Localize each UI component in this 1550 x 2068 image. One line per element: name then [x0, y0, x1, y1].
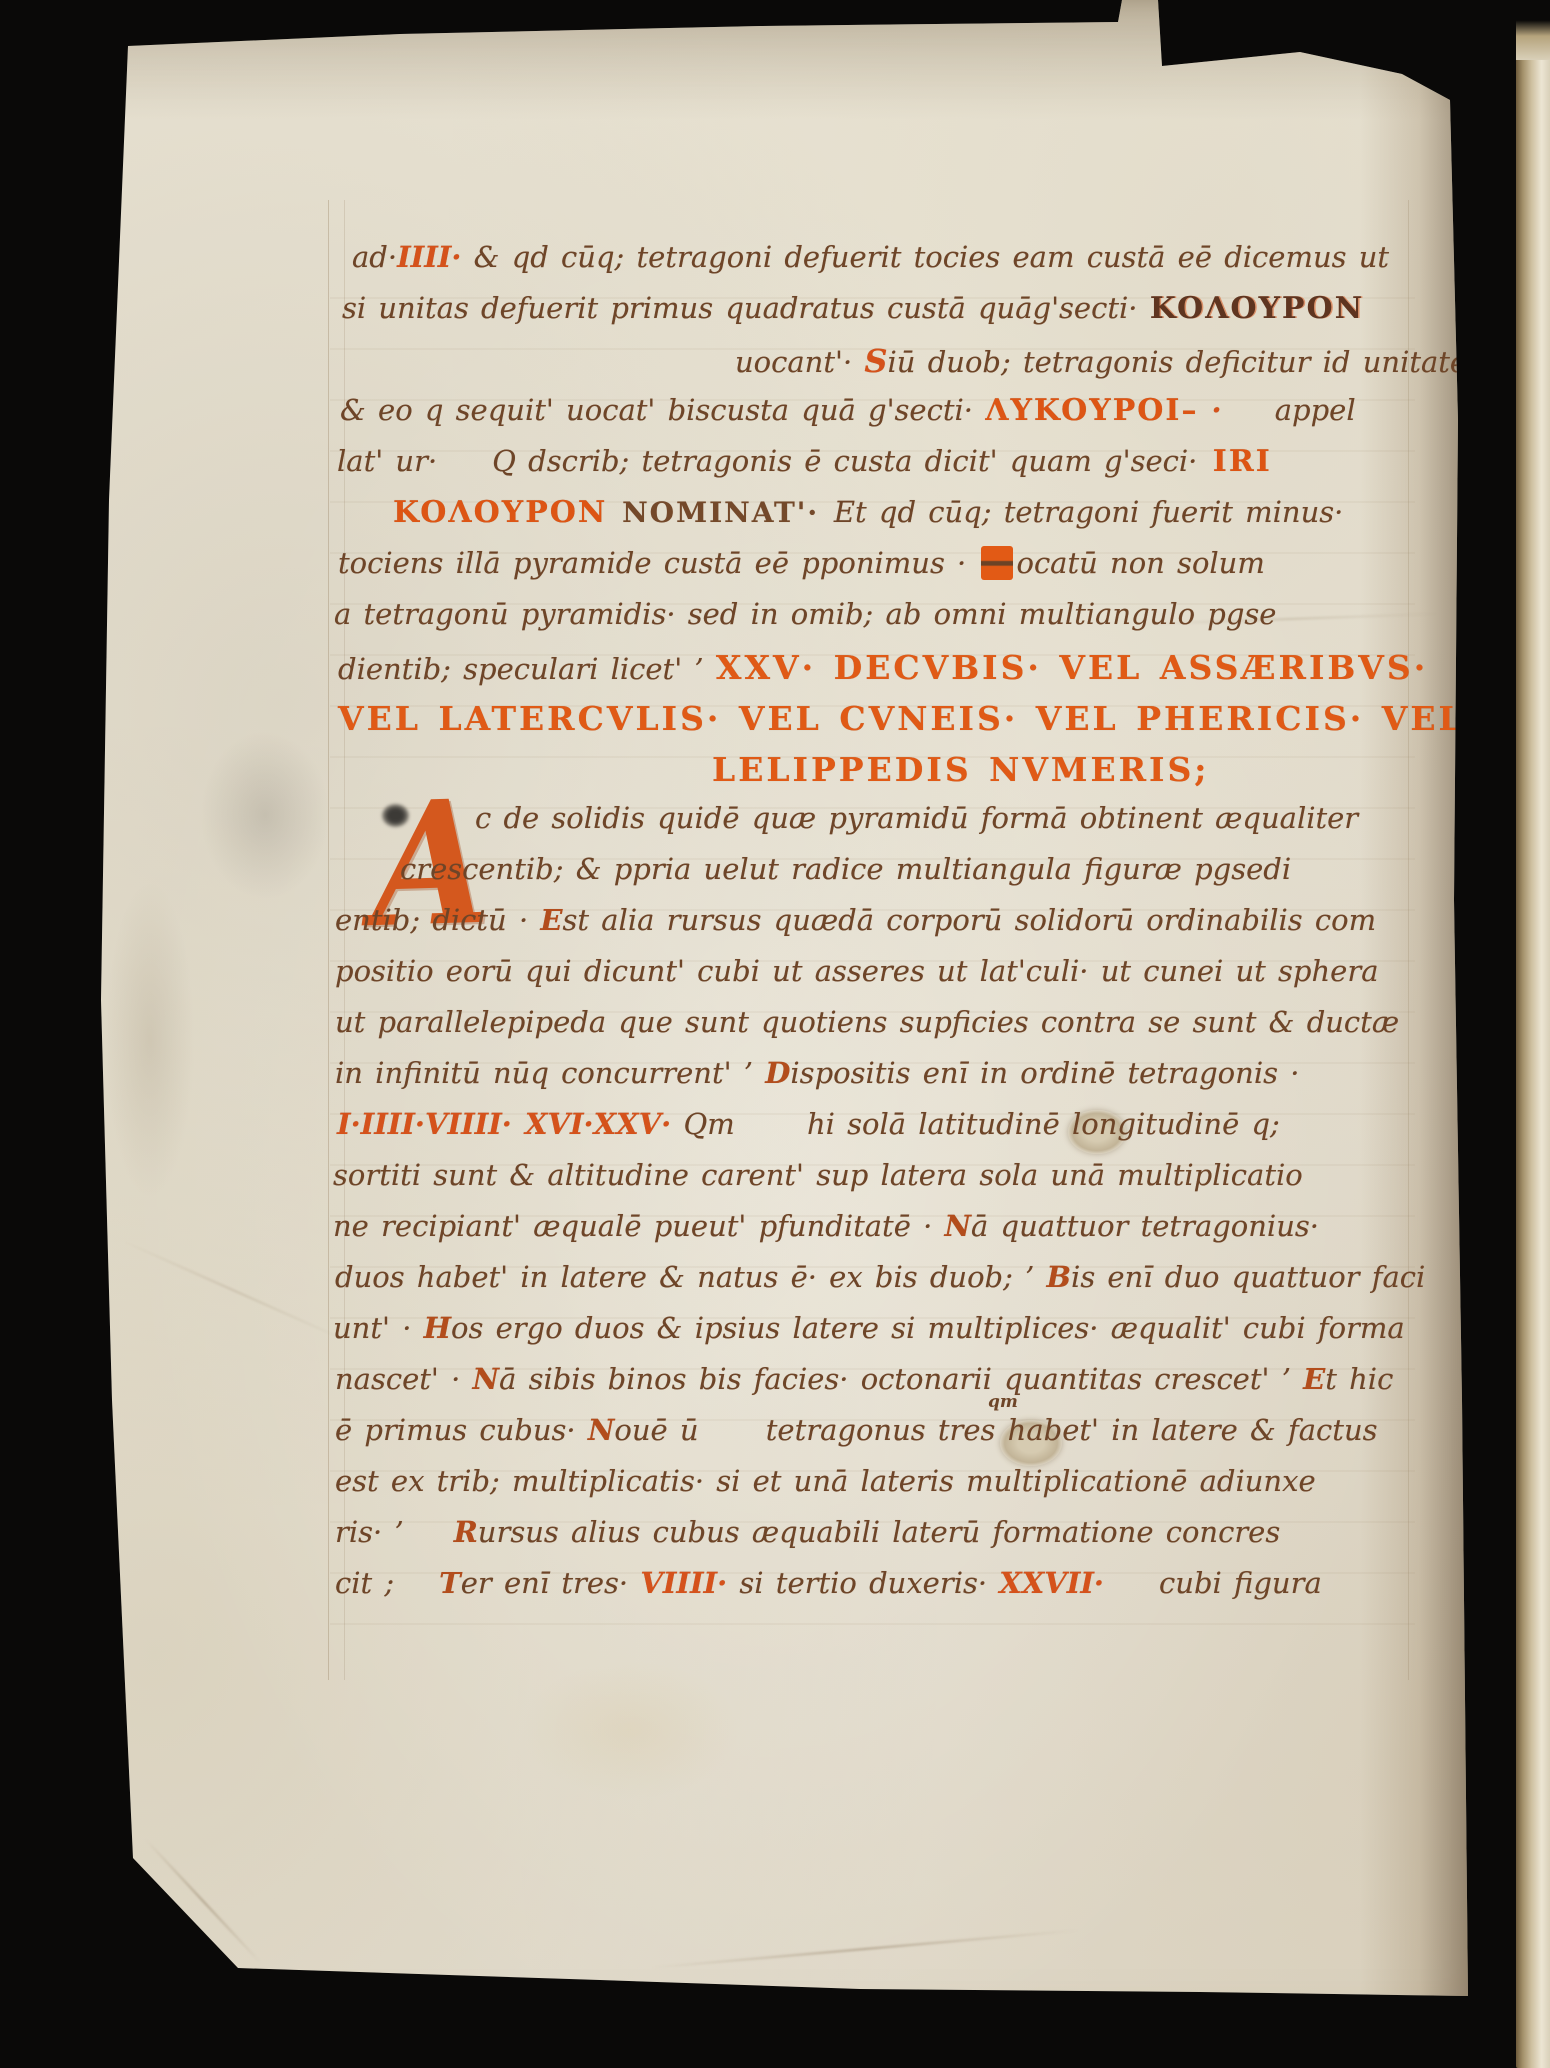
text-segment: I·IIII·VIIII· XVI·XXV·	[337, 1107, 671, 1141]
text-segment: ocatū non solum	[1016, 546, 1264, 580]
grey-smudge	[200, 730, 330, 900]
edge-stain	[105, 880, 195, 1200]
text-line: I·IIII·VIIII· XVI·XXV· Qm hi solā latitu…	[337, 1107, 1280, 1142]
text-segment: ne recipiant' æqualē pueut' pfunditatē ·	[333, 1209, 945, 1243]
text-segment: ā quattuor tetragonius·	[971, 1209, 1319, 1243]
text-segment: cit ;	[335, 1566, 394, 1600]
text-segment: N	[588, 1413, 615, 1447]
text-segment: nascet' ·	[335, 1362, 473, 1396]
text-segment: ispositis enī in ordinē tetragonis ·	[790, 1056, 1299, 1090]
text-segment: T	[394, 1566, 461, 1600]
text-segment: R	[404, 1515, 478, 1549]
text-line: crescentib; & ppria uelut radice multian…	[400, 852, 1291, 887]
text-segment: ē primus cubus·	[335, 1413, 588, 1447]
text-segment: duos habet' in latere & natus ē· ex bis …	[335, 1260, 1047, 1294]
text-line: sortiti sunt & altitudine carent' sup la…	[333, 1158, 1303, 1193]
text-segment: S	[864, 342, 887, 380]
text-segment: D	[765, 1056, 790, 1090]
text-segment: ΛYKOYPOI–	[985, 393, 1198, 428]
text-segment: N	[945, 1209, 972, 1243]
text-line: uocant'· Siū duob; tetragonis deficitur …	[735, 342, 1467, 380]
text-line: duos habet' in latere & natus ē· ex bis …	[335, 1260, 1425, 1295]
text-segment: os ergo duos & ipsius latere si multipli…	[451, 1311, 1405, 1345]
text-segment: er enī tres·	[461, 1566, 641, 1600]
text-segment: ursus alius cubus æquabili laterū format…	[478, 1515, 1280, 1549]
text-line: tociens illā pyramide custā eē pponimus …	[338, 546, 1265, 581]
text-line: si unitas defuerit primus quadratus cust…	[342, 291, 1364, 327]
text-line: cit ;Ter enī tres· VIIII· si tertio duxe…	[335, 1566, 1322, 1601]
text-line: c de solidis quidē quæ pyramidū formā ob…	[475, 801, 1358, 836]
text-segment: lat' ur·	[337, 444, 437, 478]
text-segment: dientib; speculari licet' ’	[338, 652, 716, 686]
text-line: positio eorū qui dicunt' cubi ut asseres…	[335, 954, 1378, 989]
text-segment: is enī duo quattuor faci	[1071, 1260, 1425, 1294]
text-segment: XXV· DECVBIS· VEL ASSÆRIBVS·	[716, 648, 1428, 687]
text-line: VEL LATERCVLIS· VEL CVNEIS· VEL PHERICIS…	[338, 699, 1550, 739]
text-segment: uocant'·	[735, 345, 864, 379]
text-line: ad·IIII· & qd cūq; tetragoni defuerit to…	[352, 240, 1389, 275]
text-segment: unt' ·	[333, 1311, 424, 1345]
yellow-stain	[520, 1660, 740, 1800]
text-segment: Q dscrib; tetragonis ē custa dicit' quam…	[437, 444, 1197, 478]
text-segment: E	[540, 903, 562, 937]
text-segment: H	[424, 1311, 451, 1345]
crease-left-diagonal	[120, 1239, 349, 1343]
text-segment: tetragonus tres habet' in latere & factu…	[711, 1413, 1378, 1447]
text-line: KOΛOYPON NOMINAT'· Et qd cūq; tetragoni …	[393, 495, 1343, 531]
text-segment: ad·	[352, 240, 397, 274]
text-line: ē primus cubus· Nouē ū tetragonus tres h…	[335, 1413, 1378, 1448]
text-segment: tociens illā pyramide custā eē pponimus …	[338, 546, 978, 580]
text-segment: NOMINAT'·	[607, 496, 834, 529]
text-segment: B	[1047, 1260, 1072, 1294]
manuscript-page: A qm ad·IIII· & qd cūq; tetragoni defuer…	[0, 0, 1550, 2068]
text-segment: VIIII·	[640, 1566, 727, 1600]
text-line: ne recipiant' æqualē pueut' pfunditatē ·…	[333, 1209, 1319, 1244]
text-segment: si tertio duxeris·	[727, 1566, 999, 1600]
text-segment: & eo q sequit' uocat' biscusta quā g'sec…	[340, 393, 985, 427]
text-line: dientib; speculari licet' ’ XXV· DECVBIS…	[338, 648, 1428, 688]
text-segment: E	[1303, 1362, 1325, 1396]
margin-ruling-left	[328, 200, 329, 1680]
text-segment: IRI	[1197, 444, 1271, 479]
fore-edge-top	[1516, 0, 1550, 60]
text-line: ut parallelepipeda que sunt quotiens sup…	[335, 1005, 1399, 1040]
text-line: a tetragonū pyramidis· sed in omib; ab o…	[334, 597, 1276, 632]
margin-ruling-right	[1408, 200, 1409, 1680]
text-segment: IIII·	[397, 240, 461, 274]
text-segment: VEL LATERCVLIS· VEL CVNEIS· VEL PHERICIS…	[338, 699, 1550, 738]
page-top-shading	[0, 0, 1550, 120]
text-segment: t hic	[1325, 1362, 1393, 1396]
text-segment: est ex trib; multiplicatis· si et unā la…	[335, 1464, 1316, 1498]
text-segment: c de solidis quidē quæ pyramidū formā ob…	[475, 801, 1358, 835]
text-line: & eo q sequit' uocat' biscusta quā g'sec…	[340, 393, 1356, 429]
fore-edge-leaves	[1516, 42, 1550, 2068]
text-segment: KOΛOYPON	[393, 495, 607, 530]
text-segment: cubi figura	[1104, 1566, 1322, 1600]
text-segment: LELIPPEDIS NVMERIS;	[712, 750, 1209, 789]
text-segment: st alia rursus quædā corporū solidorū or…	[563, 903, 1377, 937]
text-segment: sortiti sunt & altitudine carent' sup la…	[333, 1158, 1303, 1192]
text-line: lat' ur·Q dscrib; tetragonis ē custa dic…	[337, 444, 1272, 480]
text-segment: ouē ū	[614, 1413, 710, 1447]
text-segment: Qm	[671, 1107, 747, 1141]
text-segment: appel	[1235, 393, 1356, 427]
text-line: entib; dictū · Est alia rursus quædā cor…	[335, 903, 1376, 938]
text-segment: ris· ’	[335, 1515, 404, 1549]
rubric-block-initial	[981, 546, 1013, 580]
text-segment: Et qd cūq; tetragoni fuerit minus·	[834, 495, 1344, 529]
text-segment: ·	[1198, 393, 1234, 427]
text-line: nascet' · Nā sibis binos bis facies· oct…	[335, 1362, 1393, 1397]
text-segment: in infinitū nūq concurrent' ’	[335, 1056, 765, 1090]
text-segment: XXVII·	[999, 1566, 1104, 1600]
text-segment: iū duob; tetragonis deficitur id unitate	[888, 345, 1468, 379]
text-line: unt' · Hos ergo duos & ipsius latere si …	[333, 1311, 1405, 1346]
text-segment: entib; dictū ·	[335, 903, 540, 937]
text-segment: ut parallelepipeda que sunt quotiens sup…	[335, 1005, 1399, 1039]
text-segment: N	[473, 1362, 500, 1396]
text-segment: a tetragonū pyramidis· sed in omib; ab o…	[334, 597, 1276, 631]
text-segment: hi solā latitudinē longitudinē q;	[747, 1107, 1280, 1141]
text-segment: si unitas defuerit primus quadratus cust…	[342, 291, 1150, 325]
text-segment: ā sibis binos bis facies· octonarii quan…	[499, 1362, 1303, 1396]
text-line: ris· ’Rursus alius cubus æquabili laterū…	[335, 1515, 1280, 1550]
crease-bottom	[651, 1929, 1080, 1968]
crease-bottom-left-cut	[144, 1838, 261, 1964]
text-line: in infinitū nūq concurrent' ’ Dispositis…	[335, 1056, 1299, 1091]
text-segment: crescentib; & ppria uelut radice multian…	[400, 852, 1291, 886]
text-segment: positio eorū qui dicunt' cubi ut asseres…	[335, 954, 1378, 988]
text-segment: KOΛOYPON	[1150, 291, 1364, 326]
text-line: LELIPPEDIS NVMERIS;	[712, 750, 1209, 790]
text-segment: & qd cūq; tetragoni defuerit tocies eam …	[461, 240, 1389, 274]
text-line: est ex trib; multiplicatis· si et unā la…	[335, 1464, 1316, 1499]
